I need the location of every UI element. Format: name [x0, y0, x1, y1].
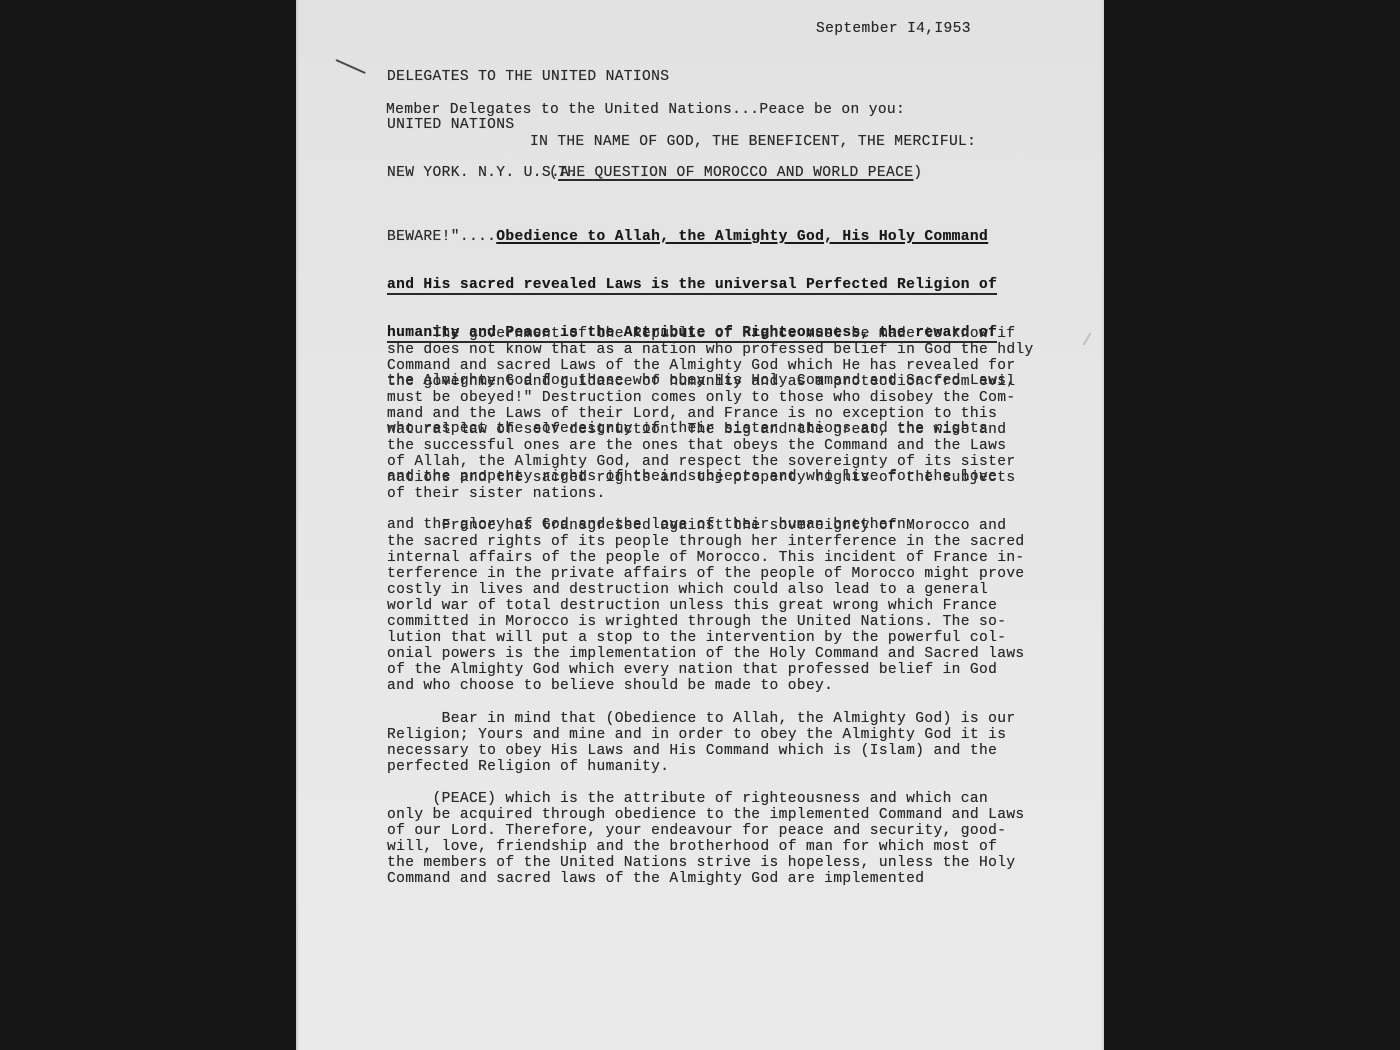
beware-underlined-text: Obedience to Allah, the Almighty God, Hi… [496, 229, 988, 245]
paragraph-line: committed in Morocco is wrighted through… [387, 614, 1025, 630]
address-line: UNITED NATIONS [387, 117, 669, 133]
address-line: DELEGATES TO THE UNITED NATIONS [387, 69, 669, 85]
paragraph-line: Command and sacred Laws of the Almighty … [387, 358, 1034, 374]
paragraph-bear-in-mind: Bear in mind that (Obedience to Allah, t… [387, 711, 1015, 775]
paragraph-line: natural law of self destruction. The big… [387, 422, 1034, 438]
paragraph-line: mand and the Laws of their Lord, and Fra… [387, 406, 1034, 422]
letter-date: September I4,I953 [816, 21, 971, 37]
paragraph-line: the government and guidance of humanity … [387, 374, 1034, 390]
paragraph-line: necessary to obey His Laws and His Comma… [387, 743, 1015, 759]
paragraph-france-government: The government of the Republic of France… [387, 326, 1034, 502]
paragraph-line: the successful ones are the ones that ob… [387, 438, 1034, 454]
paragraph-line: and His sacred revealed Laws is the univ… [387, 277, 1015, 293]
paragraph-line: Religion; Yours and mine and in order to… [387, 727, 1015, 743]
paragraph-line: of our Lord. Therefore, your endeavour f… [387, 823, 1025, 839]
paragraph-line: the sacred rights of its people through … [387, 534, 1025, 550]
paragraph-peace: (PEACE) which is the attribute of righte… [387, 791, 1025, 887]
salutation: Member Delegates to the United Nations..… [386, 102, 905, 118]
subject-close-paren: ) [913, 165, 922, 181]
paragraph-line: the members of the United Nations strive… [387, 855, 1025, 871]
paragraph-line: and who choose to believe should be made… [387, 678, 1025, 694]
paragraph-france-transgressed: France has transgressed against the sove… [387, 518, 1025, 694]
invocation: IN THE NAME OF GOD, THE BENEFICENT, THE … [530, 134, 976, 150]
paragraph-line: nations and the sacred rights and the pr… [387, 470, 1034, 486]
paragraph-line: must be obeyed!" Destruction comes only … [387, 390, 1034, 406]
paragraph-line: costly in lives and destruction which co… [387, 582, 1025, 598]
paragraph-line: will, love, friendship and the brotherho… [387, 839, 1025, 855]
paragraph-line: world war of total destruction unless th… [387, 598, 1025, 614]
paragraph-line: of their sister nations. [387, 486, 1034, 502]
subject-text: THE QUESTION OF MOROCCO AND WORLD PEACE [558, 165, 913, 181]
paragraph-line: France has transgressed against the sove… [387, 518, 1025, 534]
paragraph-line: Command and sacred laws of the Almighty … [387, 871, 1025, 887]
paragraph-line: The government of the Republic of France… [387, 326, 1034, 342]
paragraph-line: BEWARE!"....Obedience to Allah, the Almi… [387, 229, 1015, 245]
subject-open-paren: ( [549, 165, 558, 181]
paragraph-line: (PEACE) which is the attribute of righte… [387, 791, 1025, 807]
paragraph-line: of Allah, the Almighty God, and respect … [387, 454, 1034, 470]
paragraph-line: Bear in mind that (Obedience to Allah, t… [387, 711, 1015, 727]
subject-line: (THE QUESTION OF MOROCCO AND WORLD PEACE… [549, 165, 922, 181]
paragraph-line: perfected Religion of humanity. [387, 759, 1015, 775]
paragraph-line: terference in the private affairs of the… [387, 566, 1025, 582]
beware-prefix: BEWARE!".... [387, 229, 496, 245]
paragraph-line: of the Almighty God which every nation t… [387, 662, 1025, 678]
paragraph-line: only be acquired through obedience to th… [387, 807, 1025, 823]
paragraph-line: lution that will put a stop to the inter… [387, 630, 1025, 646]
paragraph-line: onial powers is the implementation of th… [387, 646, 1025, 662]
paragraph-line: she does not know that as a nation who p… [387, 342, 1034, 358]
paragraph-line: internal affairs of the people of Morocc… [387, 550, 1025, 566]
